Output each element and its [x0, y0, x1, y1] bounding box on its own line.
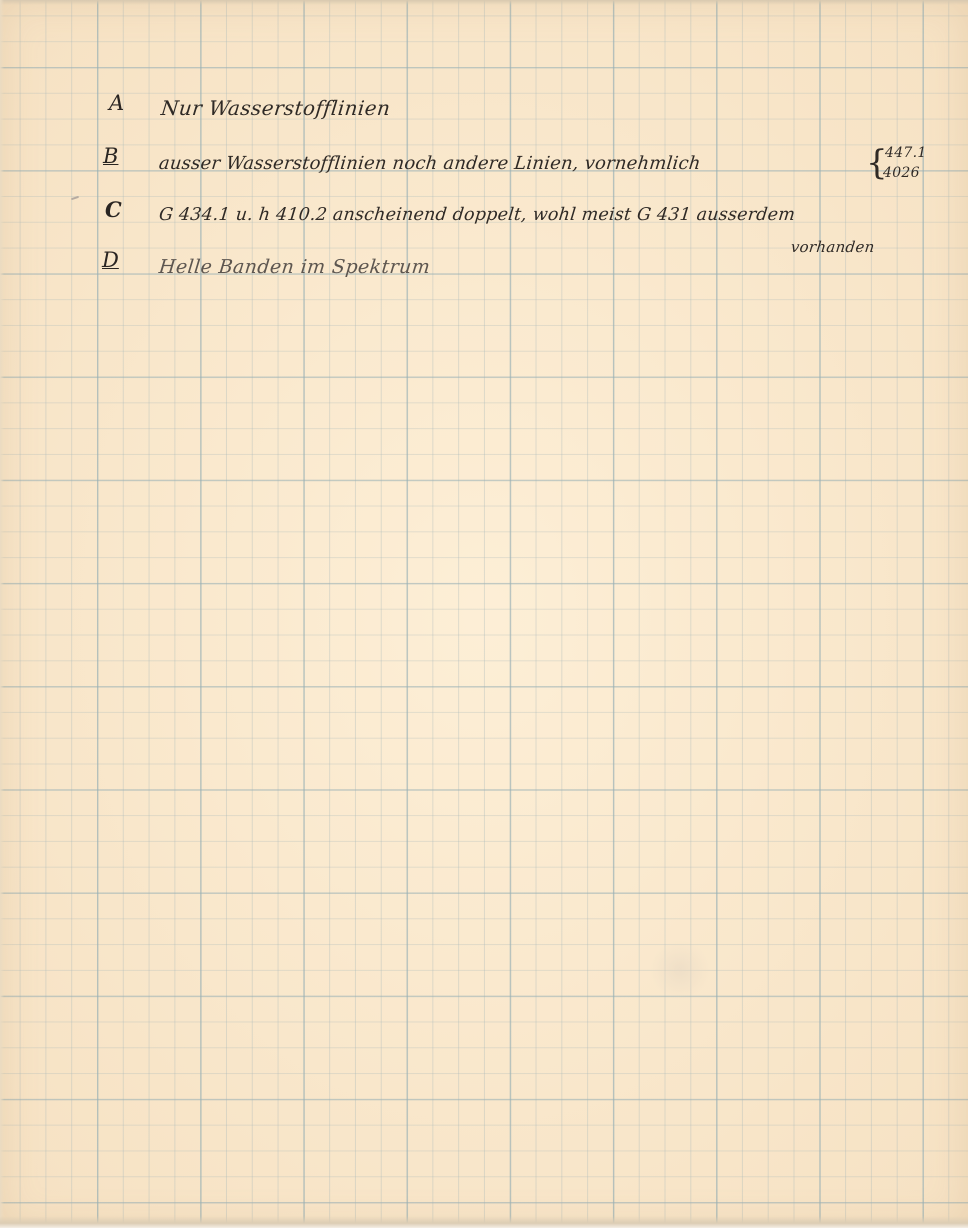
paper-top-edge [0, 0, 968, 5]
entry-text-c: G 434.1 u. h 410.2 anscheinend doppelt, … [158, 207, 796, 225]
paper-left-edge [0, 0, 4, 1228]
entry-text-d: Helle Banden im Spektrum [158, 258, 431, 277]
stray-pencil-mark [71, 196, 79, 200]
entry-label-c: C [105, 199, 122, 220]
entry-label-a: A [109, 93, 124, 114]
paper-bottom-edge [0, 1216, 968, 1228]
entry-label-b: B [103, 146, 118, 167]
entry-b-value-1: 447.1 [885, 146, 927, 160]
entry-text-b: ausser Wasserstofflinien noch andere Lin… [158, 155, 701, 173]
paper-smudge [650, 940, 710, 1000]
entry-label-d: D [102, 250, 119, 271]
entry-text-c-continuation: vorhanden [790, 240, 875, 255]
entry-text-a: Nur Wasserstofflinien [160, 98, 391, 118]
graph-paper-page: A Nur Wasserstofflinien B ausser Wassers… [0, 0, 968, 1228]
entry-b-value-2: 4026 [883, 166, 920, 180]
